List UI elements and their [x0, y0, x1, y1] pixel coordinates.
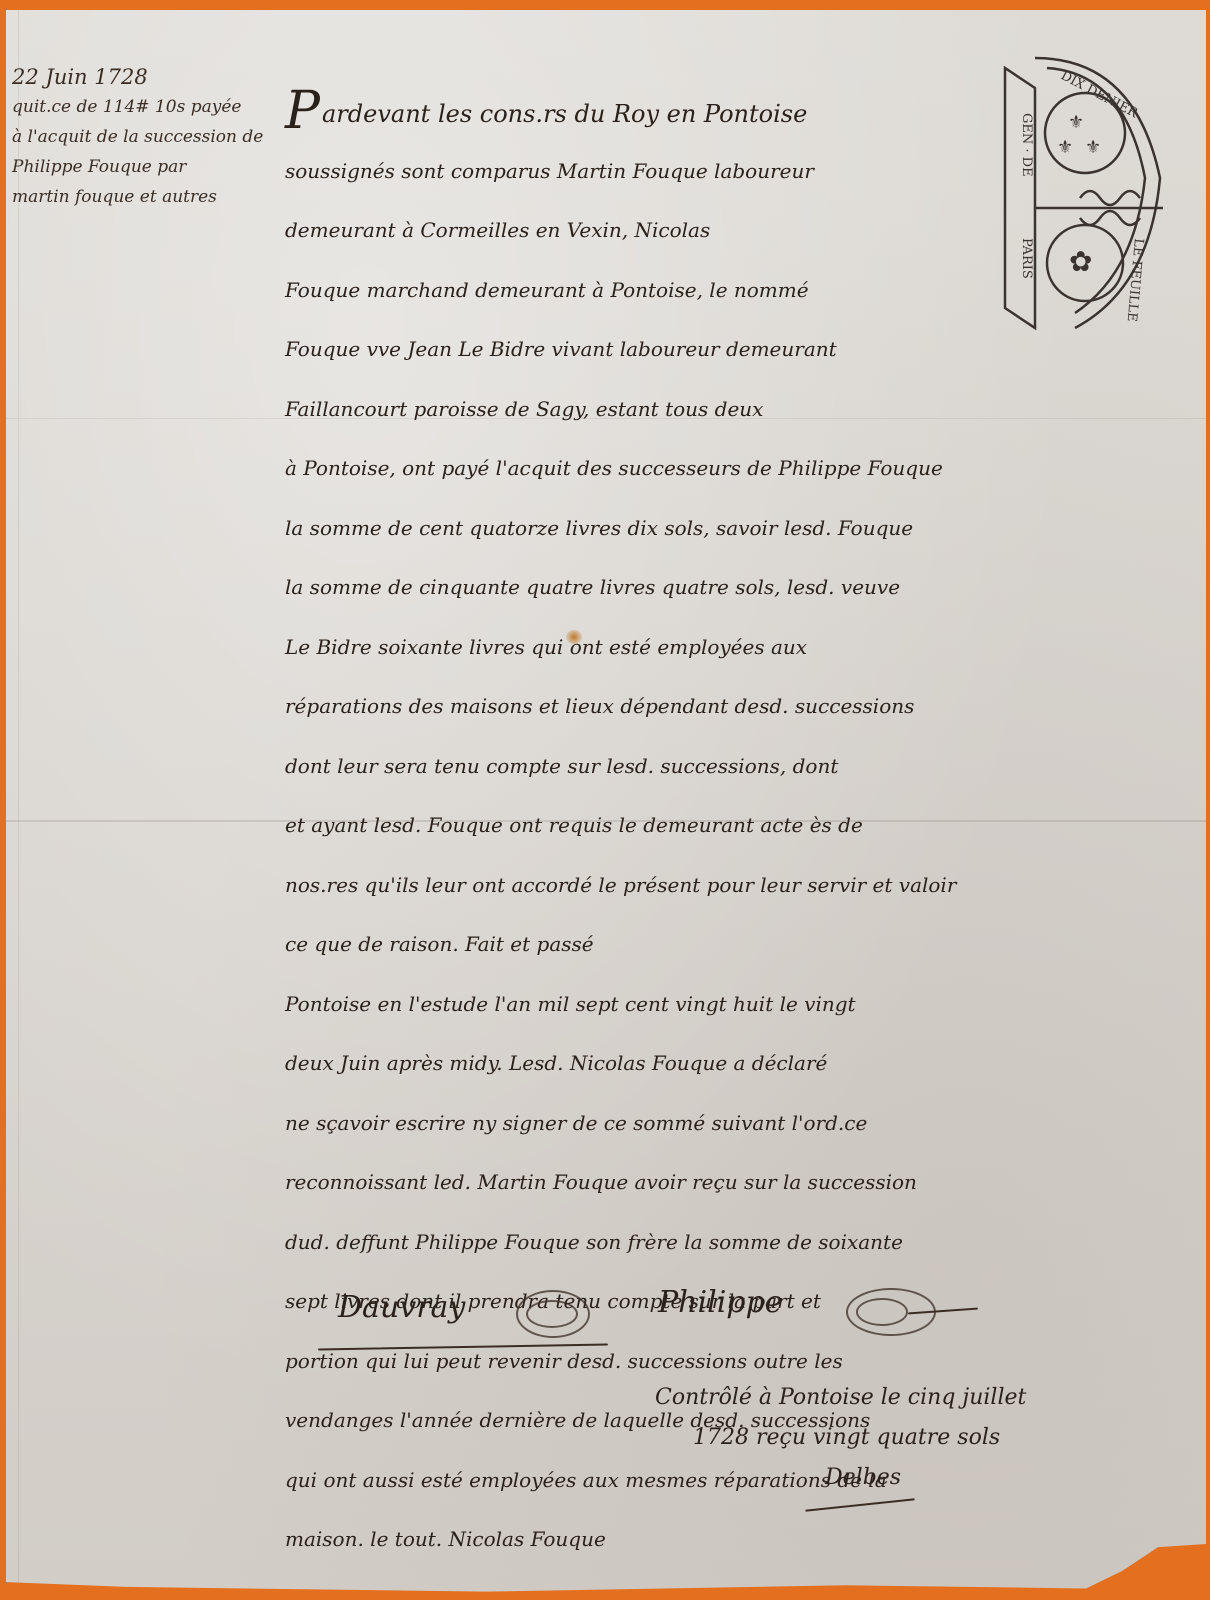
signature-left: Dauvray [338, 1290, 465, 1325]
body-line: dud. deffunt Philippe Fouque son frère l… [285, 1213, 1185, 1273]
body-line-1: Pardevant les cons.rs du Roy en Pontoise [285, 82, 1185, 142]
signatures: Dauvray Philippe [318, 1280, 878, 1360]
body-line: et ayant lesd. Fouque ont requis le deme… [285, 796, 1185, 856]
body-line: Le Bidre soixante livres qui ont esté em… [285, 618, 1185, 678]
body-line: ne sçavoir escrire ny signer de ce sommé… [285, 1094, 1185, 1154]
decorated-initial: P [285, 81, 320, 141]
body-line: Faillancourt paroisse de Sagy, estant to… [285, 380, 1185, 440]
body-line: nos.res qu'ils leur ont accordé le prése… [285, 856, 1185, 916]
body-line: Fouque vve Jean Le Bidre vivant laboureu… [285, 320, 1185, 380]
body-line: maison. le tout. Nicolas Fouque [285, 1510, 1185, 1570]
body-line: Fouque marchand demeurant à Pontoise, le… [285, 261, 1185, 321]
body-line: demeurant à Cormeilles en Vexin, Nicolas [285, 201, 1185, 261]
flourish-left [318, 1343, 608, 1350]
control-line: Contrôlé à Pontoise le cinq juillet [655, 1378, 1175, 1418]
body-line: deux Juin après midy. Lesd. Nicolas Fouq… [285, 1034, 1185, 1094]
body-line: reconnoissant led. Martin Fouque avoir r… [285, 1153, 1185, 1213]
margin-line: Philippe Fouque par [12, 152, 302, 182]
body-line: la somme de cent quatorze livres dix sol… [285, 499, 1185, 559]
body-line: la somme de cinquante quatre livres quat… [285, 558, 1185, 618]
body-line-text: ardevant les cons.rs du Roy en Pontoise [322, 100, 807, 128]
body-line: ce que de raison. Fait et passé [285, 915, 1185, 975]
signature-right: Philippe [658, 1285, 782, 1320]
body-line: à Pontoise, ont payé l'acquit des succes… [285, 439, 1185, 499]
margin-line: martin fouque et autres [12, 182, 302, 212]
control-signature: Delbes [655, 1458, 1175, 1498]
control-note: Contrôlé à Pontoise le cinq juillet 1728… [655, 1378, 1175, 1498]
paper-fold-vertical [18, 10, 19, 1598]
body-line: soussignés sont comparus Martin Fouque l… [285, 142, 1185, 202]
control-line: 1728 reçu vingt quatre sols [655, 1418, 1175, 1458]
paraph-left [516, 1290, 590, 1338]
body-line: réparations des maisons et lieux dépenda… [285, 677, 1185, 737]
margin-date: 22 Juin 1728 [12, 62, 302, 92]
margin-line: à l'acquit de la succession de [12, 122, 302, 152]
margin-note: 22 Juin 1728 quit.ce de 114# 10s payée à… [12, 62, 302, 212]
body-line: dont leur sera tenu compte sur lesd. suc… [285, 737, 1185, 797]
margin-line: quit.ce de 114# 10s payée [12, 92, 302, 122]
body-line: Pontoise en l'estude l'an mil sept cent … [285, 975, 1185, 1035]
